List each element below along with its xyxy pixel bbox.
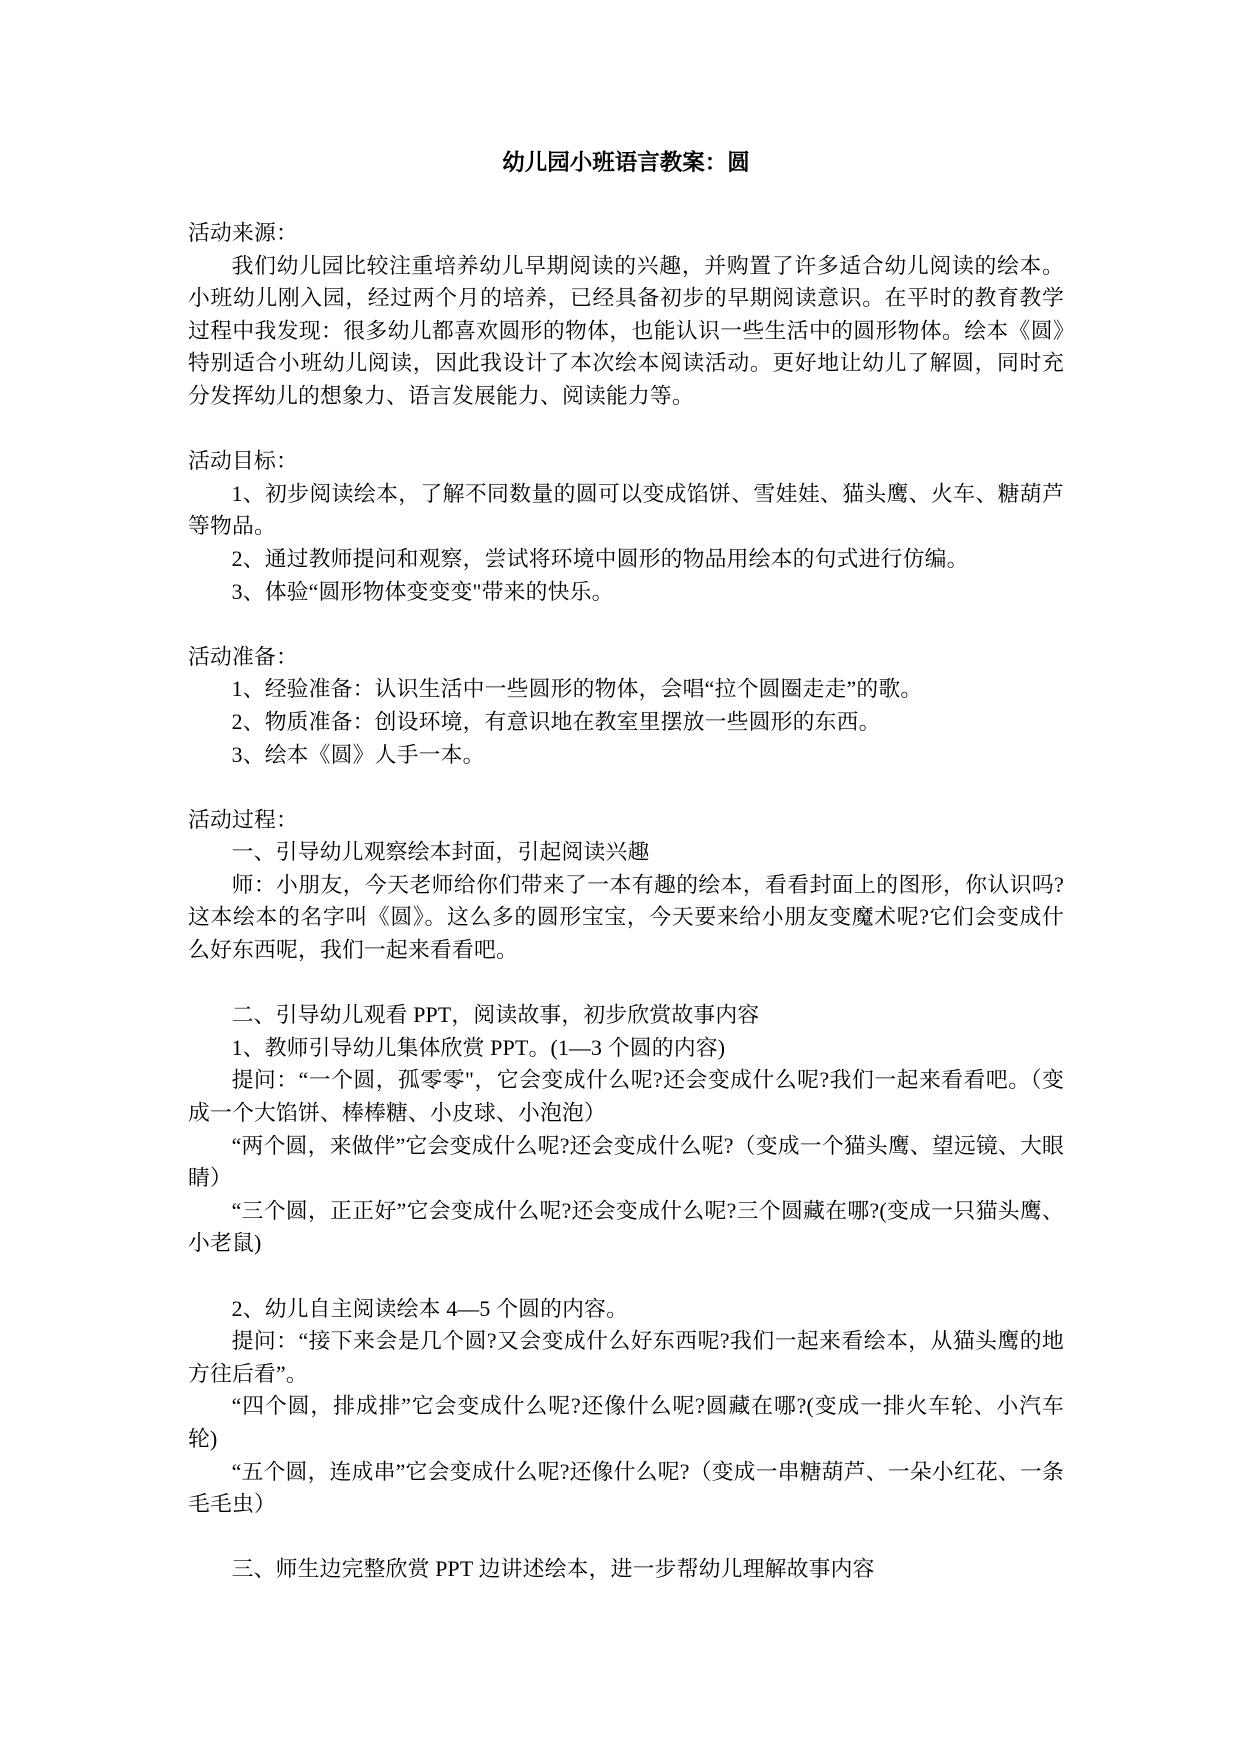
paragraph: 3、绘本《圆》人手一本。 xyxy=(188,739,1064,772)
blank-line xyxy=(188,771,1064,804)
blank-line xyxy=(188,1521,1064,1554)
paragraph: 提问：“一个圆，孤零零"，它会变成什么呢?还会变成什么呢?我们一起来看看吧。（变… xyxy=(188,1064,1064,1129)
paragraph: 二、引导幼儿观看 PPT，阅读故事，初步欣赏故事内容 xyxy=(188,999,1064,1032)
paragraph: “五个圆，连成串”它会变成什么呢?还像什么呢?（变成一串糖葫芦、一朵小红花、一条… xyxy=(188,1456,1064,1521)
blank-line xyxy=(188,608,1064,641)
paragraph: “三个圆，正正好”它会变成什么呢?还会变成什么呢?三个圆藏在哪?(变成一只猫头鹰… xyxy=(188,1195,1064,1260)
paragraph: 提问：“接下来会是几个圆?又会变成什么好东西呢?我们一起来看绘本，从猫头鹰的地方… xyxy=(188,1325,1064,1390)
paragraph: 2、通过教师提问和观察，尝试将环境中圆形的物品用绘本的句式进行仿编。 xyxy=(188,543,1064,576)
paragraph: 2、幼儿自主阅读绘本 4—5 个圆的内容。 xyxy=(188,1293,1064,1326)
blank-line xyxy=(188,413,1064,446)
section-heading: 活动准备： xyxy=(188,641,1064,674)
paragraph: 3、体验“圆形物体变变变"带来的快乐。 xyxy=(188,576,1064,609)
paragraph: 我们幼儿园比较注重培养幼儿早期阅读的兴趣，并购置了许多适合幼儿阅读的绘本。小班幼… xyxy=(188,250,1064,413)
paragraph: 师：小朋友，今天老师给你们带来了一本有趣的绘本，看看封面上的图形，你认识吗?这本… xyxy=(188,869,1064,967)
section-heading: 活动来源： xyxy=(188,217,1064,250)
document-title: 幼儿园小班语言教案：圆 xyxy=(188,147,1064,179)
document-page: 幼儿园小班语言教案：圆 活动来源：我们幼儿园比较注重培养幼儿早期阅读的兴趣，并购… xyxy=(0,0,1241,1754)
blank-line xyxy=(188,967,1064,1000)
paragraph: 1、经验准备：认识生活中一些圆形的物体，会唱“拉个圆圈走走”的歌。 xyxy=(188,673,1064,706)
paragraph: 1、教师引导幼儿集体欣赏 PPT。(1—3 个圆的内容) xyxy=(188,1032,1064,1065)
section-heading: 活动目标： xyxy=(188,445,1064,478)
document-body: 活动来源：我们幼儿园比较注重培养幼儿早期阅读的兴趣，并购置了许多适合幼儿阅读的绘… xyxy=(188,217,1064,1586)
paragraph: 一、引导幼儿观察绘本封面，引起阅读兴趣 xyxy=(188,836,1064,869)
paragraph: 三、师生边完整欣赏 PPT 边讲述绘本，进一步帮幼儿理解故事内容 xyxy=(188,1553,1064,1586)
paragraph: “两个圆，来做伴”它会变成什么呢?还会变成什么呢?（变成一个猫头鹰、望远镜、大眼… xyxy=(188,1130,1064,1195)
section-heading: 活动过程： xyxy=(188,804,1064,837)
paragraph: “四个圆，排成排”它会变成什么呢?还像什么呢?圆藏在哪?(变成一排火车轮、小汽车… xyxy=(188,1390,1064,1455)
blank-line xyxy=(188,1260,1064,1293)
paragraph: 2、物质准备：创设环境，有意识地在教室里摆放一些圆形的东西。 xyxy=(188,706,1064,739)
paragraph: 1、初步阅读绘本，了解不同数量的圆可以变成馅饼、雪娃娃、猫头鹰、火车、糖葫芦等物… xyxy=(188,478,1064,543)
